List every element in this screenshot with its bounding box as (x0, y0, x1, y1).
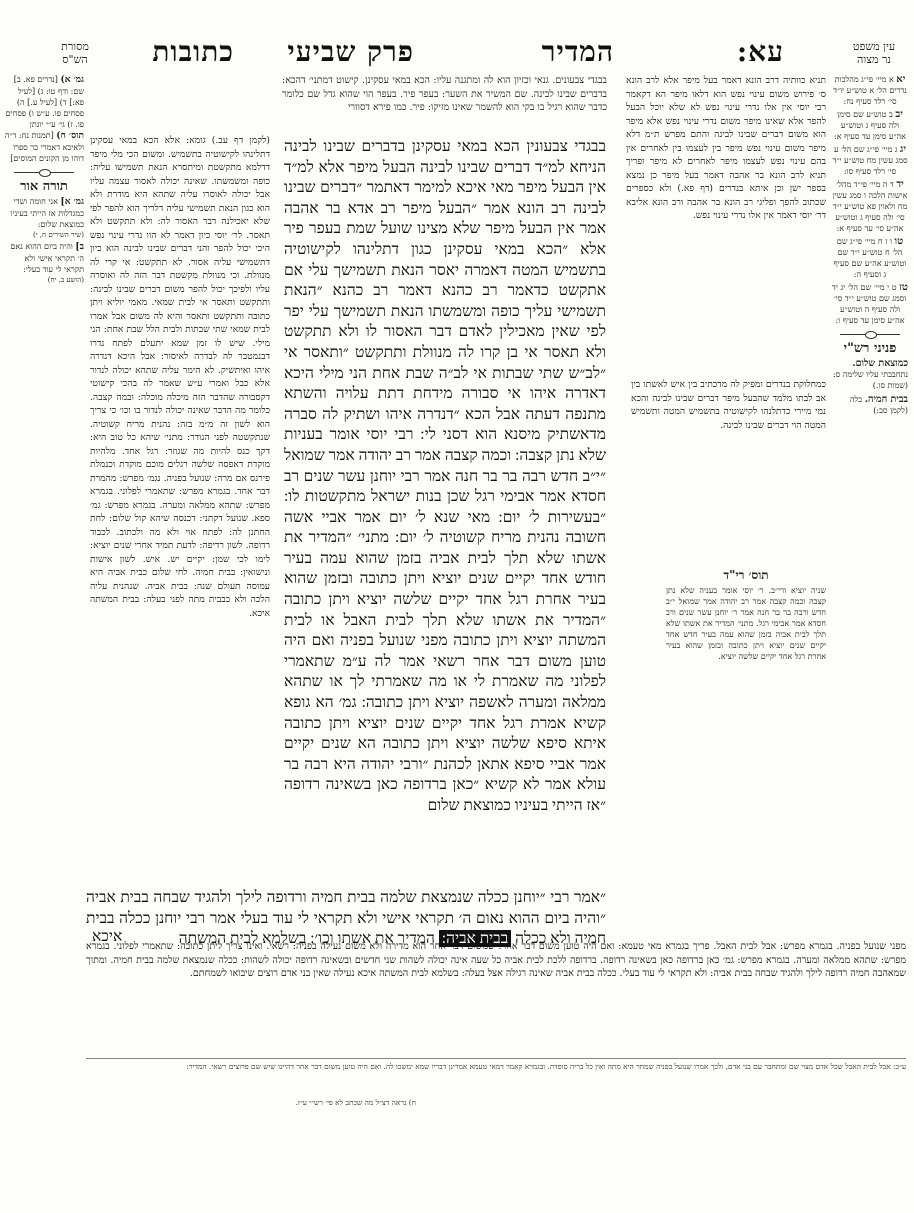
tosafot-rid-title: תוס׳ רי"ד (666, 570, 826, 581)
masoret-hashas-column: גמ׳ א) [נדרים פא. ב] שם: ודף טו: ג) [לעי… (4, 74, 84, 286)
daf-number: עא: (737, 36, 784, 68)
pnei-rashi-item: בבית חמיה. כלה (לקמן סב:) (832, 394, 908, 416)
ein-mishpat-entry: יא א מיי׳ פי״ג מהלכות נדרים הל׳ א טוש״ע … (832, 74, 908, 107)
page-header: עין משפט נר מצוה עא: המדיר פרק שביעי כתו… (0, 36, 914, 70)
masoret-line: תוס׳ ח) [תמנות נח: ד״ה ולאיכא דאמרי כר ס… (4, 130, 84, 164)
ein-mishpat-entry: יג ג מיי׳ פי״ג שם הל׳ ע סמג עשין מח טוש״… (832, 144, 908, 177)
bottom-notes: ע״כ: אבל לבית האבל שכל אדם מצוי שם ומתחב… (86, 1062, 906, 1094)
bottom-commentary: מפני שנועל בפניה. בגמרא מפרש: אבל לבית ה… (86, 940, 906, 1058)
pnei-rashi-item: כמוצאת שלום. נתחבבתי עליו שלימה ס: (שמות… (832, 358, 908, 391)
ein-mishpat-entry: יד ד ה מיי׳ פי״ד מהל׳ אישות הלכה ו סמג ע… (832, 179, 908, 234)
rashi-commentary: תניא כוותיה דרב הונא דאמר בעל מיפר אלא ל… (626, 74, 826, 374)
footnote-divider (86, 1058, 906, 1059)
ein-mishpat-label: עין משפט נר מצוה (844, 40, 904, 66)
perek-name: המדיר (542, 36, 614, 68)
pnei-rashi-title: פניני רש"י (832, 343, 908, 354)
ein-mishpat-column: יא א מיי׳ פי״ג מהלכות נדרים הל׳ א טוש״ע … (832, 74, 908, 416)
footnote: ח) נראה דצ״ל מה שכתב לא פי׳ רש״י ע״ז. (296, 1098, 416, 1108)
ein-mishpat-entry: טז ט י מיי׳ שם הל׳ יג יד וסמג שם טוש״ע י… (832, 282, 908, 326)
tosafot-commentary: (לקמן דף עב.) גומא: אלא הכא במאי עסקינן … (90, 134, 270, 894)
masoret-line: גמ׳ א) [נדרים פא. ב] שם: ודף טו: ג) [לעי… (4, 74, 84, 130)
torah-or-item: ב] והיה ביום ההוא נאם ה׳ תקראי אישי ולא … (4, 241, 84, 286)
ornament-divider-icon (840, 331, 900, 338)
torah-or-item: גמ׳ א] אני חומה ושדי כמגדלות אז הייתי בע… (4, 196, 84, 241)
gemara-main-text: בבגדי צבעונין הכא במאי עסקינן בדברים שבי… (284, 137, 606, 927)
perek-number: פרק שביעי (287, 36, 414, 68)
tractate-name: כתובות (152, 36, 234, 68)
ornament-divider-icon (14, 169, 74, 176)
masoret-label: מסורת הש"ס (45, 40, 105, 66)
torah-or-title: תורה אור (4, 181, 84, 192)
tosafot-top-band: בבגדי צבעונים. גנאי וכזיון הוא לה ומתגנה… (282, 74, 607, 134)
ein-mishpat-entry: יב ב טוש״ע שם סימן ולה סעיף ג וטוש״ע אה״… (832, 109, 908, 142)
ein-mishpat-entry: טו ו ז ח מיי׳ פי״ג שם הל׳ ח טוש״ע י״ד שם… (832, 236, 908, 280)
rashi-commentary-continued: כמחלוקת בנדרים ומפיק לה מדכתיב בין איש ל… (631, 378, 826, 563)
